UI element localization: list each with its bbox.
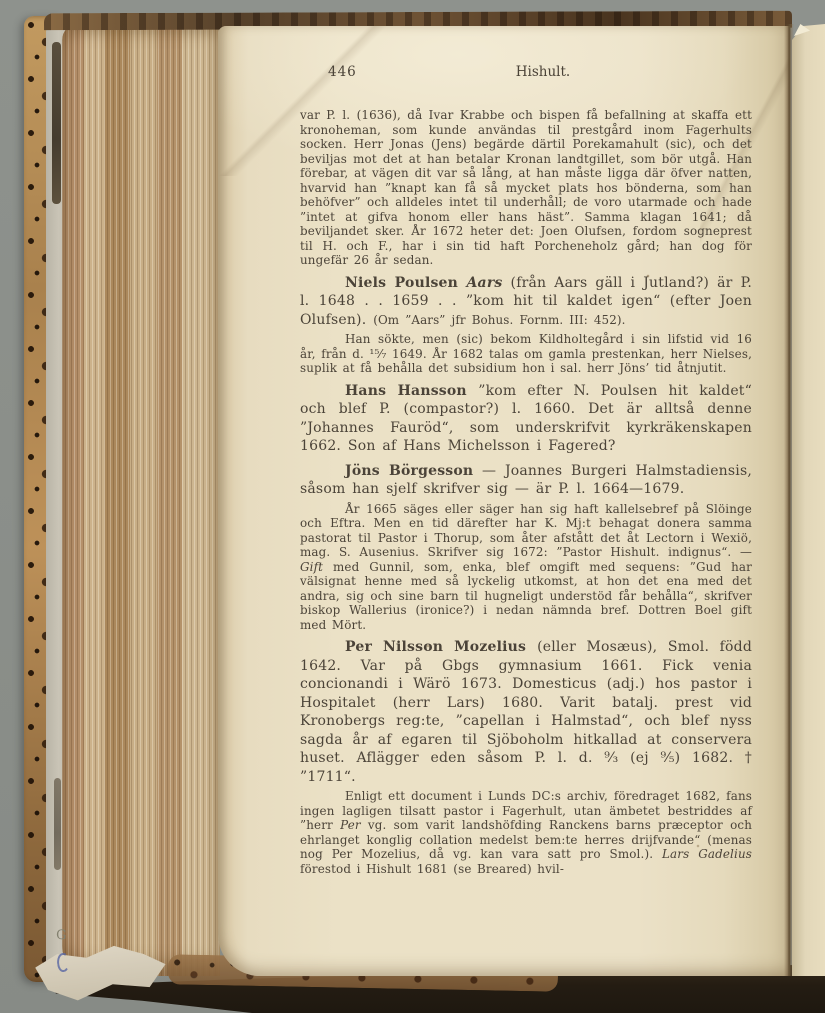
text-segment-normal: År 1665 säges eller säger han sig haft k… <box>300 502 752 560</box>
running-title: Hishult. <box>300 64 752 80</box>
marginalia-letter: G <box>56 928 67 944</box>
text-segment-bolditalic: Aars <box>467 275 503 291</box>
facing-page-sliver <box>792 24 825 976</box>
text-segment-bold: Jöns Börgesson <box>345 463 473 479</box>
paragraph: Hans Hansson ”kom efter N. Poulsen hit k… <box>300 382 752 456</box>
paragraph: Enligt ett document i Lunds DC:s archiv,… <box>300 789 752 876</box>
paragraph: Jöns Börgesson — Joannes Burgeri Halmsta… <box>300 462 752 499</box>
text-segment-normal: förestod i Hishult 1681 (se Breared) hvi… <box>300 862 564 876</box>
scanned-book-photo: G 446 Hishult. var P. l. (1636), då Ivar… <box>0 0 825 1013</box>
paragraph: Per Nilsson Mozelius (eller Mosæus), Smo… <box>300 638 752 786</box>
binding-gap-shadow-top <box>52 42 61 204</box>
text-segment-italic: Gift <box>300 560 323 574</box>
text-segment-small-inline: (Om ”Aars” jfr Bohus. Fornm. III: 452). <box>373 313 625 327</box>
paragraph: Niels Poulsen Aars (från Aars gäll i Jut… <box>300 274 752 330</box>
text-segment-bold: Hans Hansson <box>345 383 478 399</box>
binding-gap-shadow-bottom <box>54 778 61 870</box>
paragraph: var P. l. (1636), då Ivar Krabbe och bis… <box>300 108 752 268</box>
text-segment-bold: Niels Poulsen <box>345 275 467 291</box>
text-segment-normal: (eller Mosæus), Smol. född 1642. Var på … <box>300 639 752 785</box>
paragraph: År 1665 säges eller säger han sig haft k… <box>300 502 752 633</box>
page-stack-fore-edge <box>62 24 220 976</box>
text-segment-normal: Han sökte, men (sic) bekom Kildholtegård… <box>300 332 752 375</box>
page-text-block: 446 Hishult. var P. l. (1636), då Ivar K… <box>300 64 752 876</box>
text-segment-normal: med Gunnil, som, enka, blef omgift med s… <box>300 560 752 632</box>
text-segment-italic: Per <box>340 818 361 832</box>
text-segment-italic: Lars Gadelius <box>662 847 752 861</box>
paragraph: Han sökte, men (sic) bekom Kildholtegård… <box>300 332 752 376</box>
page-header: 446 Hishult. <box>300 64 752 82</box>
text-segment-bold: Per Nilsson Mozelius <box>345 639 537 655</box>
text-segment-normal: var P. l. (1636), då Ivar Krabbe och bis… <box>300 108 752 267</box>
page-body: var P. l. (1636), då Ivar Krabbe och bis… <box>300 108 752 876</box>
